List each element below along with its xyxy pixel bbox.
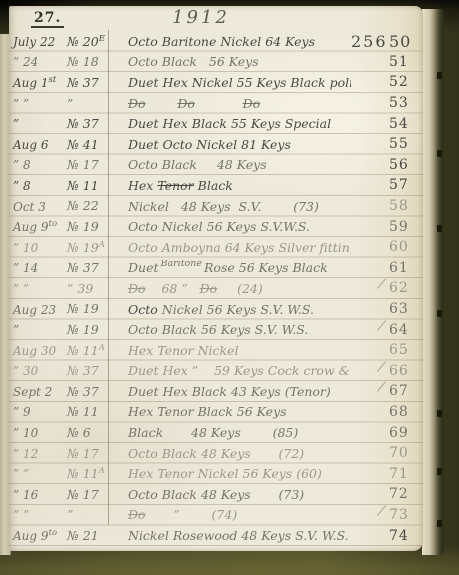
serial-number: 58 xyxy=(389,198,409,214)
ledger-row: ” 9 № 11 Hex Tenor Black 56 Keys 68 xyxy=(9,402,423,423)
model-number-cell: № 37 xyxy=(65,260,119,275)
serial-number: 71 xyxy=(389,466,409,482)
date-text: ” 30 xyxy=(13,364,38,378)
serial-cell: 61 xyxy=(389,260,423,276)
date-text: ” 14 xyxy=(13,261,38,275)
model-number-text: ” xyxy=(67,508,73,523)
ledger-row: ” ” ” Do Do Do 53 xyxy=(9,93,423,114)
model-number-text: № 37 xyxy=(67,384,99,399)
description-cell: Nickel Rosewood 48 Keys S.V. W.S. xyxy=(119,528,351,543)
description-cell: Octo Black 48 Keys (72) xyxy=(119,446,351,461)
serial-cell: 56 xyxy=(389,157,423,173)
model-number-text: № 37 xyxy=(67,363,99,378)
model-number-text: № 37 xyxy=(67,75,99,90)
model-number-cell: № 17 xyxy=(65,446,119,461)
description-cell: Octo Black 48 Keys (73) xyxy=(119,487,351,502)
date-cell: ” ” xyxy=(9,466,65,481)
model-number-cell: № 19 xyxy=(65,219,119,234)
entry-text xyxy=(195,96,243,111)
ledger-row: Aug 6 № 41 Duet Octo Nickel 81 Keys 55 xyxy=(9,134,423,155)
date-text: July 22 xyxy=(13,35,55,49)
model-number-text: № 11 xyxy=(67,343,99,358)
model-number-text: № 37 xyxy=(67,116,99,131)
description-cell: Octo Baritone Nickel 64 Keys xyxy=(119,34,351,49)
description-cell: Octo Nickel 56 Keys S.V.W.S. xyxy=(119,219,351,234)
date-text: Aug 23 xyxy=(13,303,56,317)
date-superscript: to xyxy=(49,528,58,538)
serial-cell: 60 xyxy=(389,239,423,255)
entry-text: Do xyxy=(177,96,195,111)
serial-cell: 52 xyxy=(389,74,423,90)
date-text: Oct 3 xyxy=(13,200,46,214)
model-number-text: ” 39 xyxy=(67,281,93,296)
description-cell: Do ” (74) xyxy=(119,507,351,522)
ledger-row: Aug 30 № 11A Hex Tenor Nickel 65 xyxy=(9,340,423,361)
description-cell: Hex Tenor Black xyxy=(119,178,351,193)
serial-cell: 54 xyxy=(389,116,423,132)
entry-text: Hex Tenor Black 56 Keys xyxy=(128,404,287,419)
model-number-cell: № 37 xyxy=(65,75,119,90)
model-number-cell: № 37 xyxy=(65,384,119,399)
date-cell: ” ” xyxy=(9,281,65,296)
entry-text: Octo Black 48 Keys (72) xyxy=(128,446,304,461)
model-number-cell: ” xyxy=(65,96,119,111)
serial-cell: 66 xyxy=(389,363,423,379)
model-number-superscript: A xyxy=(99,343,105,353)
serial-cell: 64 xyxy=(389,322,423,338)
entry-text: Black xyxy=(194,178,233,193)
ledger-photo-frame: 27. 1912 July 22 № 20E Octo Baritone Nic… xyxy=(0,0,459,575)
model-number-text: № 19 xyxy=(67,302,99,317)
serial-number: 68 xyxy=(389,404,409,420)
serial-number: 65 xyxy=(389,342,409,358)
serial-cell: 57 xyxy=(389,177,423,193)
check-mark xyxy=(377,382,386,393)
ledger-row: ” 10 № 19A Octo Amboyna 64 Keys Silver f… xyxy=(9,237,423,258)
date-cell: ” 10 xyxy=(9,240,65,255)
model-number-superscript: A xyxy=(99,240,105,250)
date-text: Aug 9 xyxy=(13,529,49,543)
model-number-text: № 17 xyxy=(67,446,99,461)
entry-text: Octo Black 48 Keys (73) xyxy=(128,487,304,502)
year-title: 1912 xyxy=(9,7,393,28)
serial-cell: 67 xyxy=(389,383,423,399)
date-cell: ” 24 xyxy=(9,54,65,69)
description-cell: Black 48 Keys (85) xyxy=(119,425,351,440)
model-number-text: № 21 xyxy=(67,528,99,543)
date-text: ” 16 xyxy=(13,488,38,502)
model-number-cell: № 11A xyxy=(65,343,119,358)
date-cell: ” 30 xyxy=(9,363,65,378)
ledger-row: ” 8 № 11 Hex Tenor Black 57 xyxy=(9,175,423,196)
model-number-text: № 17 xyxy=(67,157,99,172)
date-text: ” ” xyxy=(13,282,29,296)
edge-tick xyxy=(437,225,442,232)
ledger-row: ” ” ” Do ” (74) 73 xyxy=(9,505,423,526)
serial-number: 64 xyxy=(389,322,409,338)
description-cell: Octo Black 48 Keys xyxy=(119,157,351,172)
date-text: ” 8 xyxy=(13,179,31,193)
check-mark xyxy=(377,505,386,516)
model-number-cell: № 19A xyxy=(65,240,119,255)
model-number-cell: ” 39 xyxy=(65,281,119,296)
ledger-row: Aug 9to № 19 Octo Nickel 56 Keys S.V.W.S… xyxy=(9,216,423,237)
date-cell: ” 9 xyxy=(9,404,65,419)
model-number-cell: № 19 xyxy=(65,322,119,337)
model-number-superscript: A xyxy=(99,466,105,476)
date-cell: ” xyxy=(9,322,65,337)
serial-cell: 55 xyxy=(389,136,423,152)
date-text: ” ” xyxy=(13,467,29,481)
date-text: ” 10 xyxy=(13,241,38,255)
model-number-superscript: E xyxy=(99,34,105,44)
edge-tick xyxy=(437,410,442,417)
entry-text: 68 ” xyxy=(146,281,200,296)
description-cell: Hex Tenor Nickel xyxy=(119,343,351,358)
date-superscript: to xyxy=(49,219,58,229)
model-number-cell: № 37 xyxy=(65,363,119,378)
serial-cell: 70 xyxy=(389,445,423,461)
entry-text: Do xyxy=(128,281,146,296)
model-number-text: № 19 xyxy=(67,240,99,255)
date-cell: ” 10 xyxy=(9,425,65,440)
date-cell: Aug 1st xyxy=(9,75,65,90)
model-number-text: № 20 xyxy=(67,34,99,49)
serial-cell: 74 xyxy=(389,528,423,544)
description-cell: Hex Tenor Nickel 56 Keys (60) xyxy=(119,466,351,481)
description-cell: Octo Black 56 Keys xyxy=(119,54,351,69)
date-text: Aug 6 xyxy=(13,138,49,152)
ledger-row: Aug 1st № 37 Duet Hex Nickel 55 Keys Bla… xyxy=(9,72,423,93)
serial-number: 61 xyxy=(389,260,409,276)
date-cell: Oct 3 xyxy=(9,199,65,214)
description-cell: Duet Hex Nickel 55 Keys Black polished xyxy=(119,75,351,90)
model-number-text: № 18 xyxy=(67,54,99,69)
entry-text: Do xyxy=(128,507,146,522)
entry-text: Nickel 48 Keys S.V. (73) xyxy=(128,199,319,214)
serial-number: 50 xyxy=(389,32,411,51)
model-number-text: № 17 xyxy=(67,487,99,502)
serial-cell: 71 xyxy=(389,466,423,482)
ledger-row: ” ” ” 39 Do 68 ” Do (24) 62 xyxy=(9,278,423,299)
model-number-text: № 11 xyxy=(67,466,99,481)
serial-number: 73 xyxy=(389,507,409,523)
description-cell: Octo Nickel 56 Keys S.V. W.S. xyxy=(119,302,351,317)
serial-number: 57 xyxy=(389,177,409,193)
serial-cell: 50 xyxy=(389,32,423,51)
model-number-cell: № 41 xyxy=(65,137,119,152)
date-text: ” 9 xyxy=(13,405,31,419)
entry-text: Hex Tenor Nickel 56 Keys (60) xyxy=(128,466,322,481)
serial-cell: 58 xyxy=(389,198,423,214)
date-cell: Sept 2 xyxy=(9,384,65,399)
model-number-cell: № 6 xyxy=(65,425,119,440)
entry-text: Duet Hex Black 43 Keys (Tenor) xyxy=(128,384,331,399)
ledger-row: ” 12 № 17 Octo Black 48 Keys (72) 70 xyxy=(9,443,423,464)
date-text: ” ” xyxy=(13,508,29,522)
serial-cell: 69 xyxy=(389,425,423,441)
model-number-text: № 19 xyxy=(67,322,99,337)
serial-cell: 59 xyxy=(389,219,423,235)
model-number-text: № 11 xyxy=(67,178,99,193)
entry-text: Duet Hex Nickel 55 Keys Black polished xyxy=(128,75,351,90)
ledger-row: July 22 № 20E Octo Baritone Nickel 64 Ke… xyxy=(9,31,423,52)
entry-text: Octo Black 48 Keys xyxy=(128,157,267,172)
entry-text: Do xyxy=(128,96,146,111)
edge-tick xyxy=(437,468,442,475)
model-number-text: № 11 xyxy=(67,405,99,420)
model-number-cell: № 11 xyxy=(65,178,119,193)
serial-cell: 53 xyxy=(389,95,423,111)
price-cell: 256 xyxy=(351,32,389,51)
serial-cell: 73 xyxy=(389,507,423,523)
serial-number: 52 xyxy=(389,74,409,90)
description-cell: Duet Hex Black 55 Keys Special xyxy=(119,116,351,131)
serial-cell: 63 xyxy=(389,301,423,317)
edge-tick xyxy=(437,72,442,79)
serial-number: 72 xyxy=(389,486,409,502)
date-cell: ” xyxy=(9,116,65,131)
entry-text: Duet Octo Nickel 81 Keys xyxy=(128,137,291,152)
serial-number: 53 xyxy=(389,95,409,111)
date-text: Sept 2 xyxy=(13,385,52,399)
entry-text: Black 48 Keys (85) xyxy=(128,425,298,440)
description-cell: Nickel 48 Keys S.V. (73) xyxy=(119,199,351,214)
model-number-text: № 22 xyxy=(67,199,99,214)
ledger-row: ” № 19 Octo Black 56 Keys S.V. W.S. 64 xyxy=(9,319,423,340)
date-superscript: st xyxy=(49,75,57,85)
entry-text: Octo Nickel 56 Keys S.V.W.S. xyxy=(128,219,310,234)
date-text: ” 8 xyxy=(13,158,31,172)
date-text: ” xyxy=(13,323,19,337)
date-cell: ” 8 xyxy=(9,178,65,193)
date-text: Aug 9 xyxy=(13,220,49,234)
check-mark xyxy=(377,320,386,331)
serial-number: 55 xyxy=(389,136,409,152)
date-cell: ” ” xyxy=(9,96,65,111)
serial-cell: 68 xyxy=(389,404,423,420)
entry-text: Hex Tenor Nickel xyxy=(128,343,239,358)
entry-text: Baritone xyxy=(161,260,203,269)
ledger-rows: July 22 № 20E Octo Baritone Nickel 64 Ke… xyxy=(9,31,423,546)
serial-cell: 72 xyxy=(389,486,423,502)
date-text: ” ” xyxy=(13,97,29,111)
date-cell: Aug 6 xyxy=(9,137,65,152)
model-number-cell: № 20E xyxy=(65,34,119,49)
serial-number: 63 xyxy=(389,301,409,317)
model-number-text: № 6 xyxy=(67,425,91,440)
description-cell: Do Do Do xyxy=(119,96,351,111)
entry-text: Nickel Rosewood 48 Keys S.V. W.S. xyxy=(128,528,349,543)
entry-text: Tenor xyxy=(157,178,193,193)
serial-cell: 62 xyxy=(389,280,423,296)
entry-text: Duet Hex ” 59 Keys Cock crow & B Wht xyxy=(128,363,351,378)
entry-text xyxy=(146,96,178,111)
ledger-row: ” 30 № 37 Duet Hex ” 59 Keys Cock crow &… xyxy=(9,361,423,382)
entry-text: Do xyxy=(243,96,261,111)
ledger-row: Aug 23 № 19 Octo Nickel 56 Keys S.V. W.S… xyxy=(9,299,423,320)
entry-text: ” (74) xyxy=(146,507,238,522)
ledger-row: ” 8 № 17 Octo Black 48 Keys 56 xyxy=(9,155,423,176)
serial-number: 67 xyxy=(389,383,409,399)
date-cell: Aug 9to xyxy=(9,219,65,234)
date-cell: Aug 23 xyxy=(9,302,65,317)
ledger-row: Sept 2 № 37 Duet Hex Black 43 Keys (Teno… xyxy=(9,381,423,402)
serial-number: 62 xyxy=(389,280,409,296)
model-number-cell: № 11 xyxy=(65,404,119,419)
edge-tick xyxy=(437,150,442,157)
date-text: Aug 30 xyxy=(13,344,56,358)
ledger-row: Aug 9to № 21 Nickel Rosewood 48 Keys S.V… xyxy=(9,525,423,546)
description-cell: Do 68 ” Do (24) xyxy=(119,281,351,296)
date-cell: Aug 9to xyxy=(9,528,65,543)
entry-text: Octo xyxy=(128,302,162,317)
description-cell: Duet Hex ” 59 Keys Cock crow & B Wht xyxy=(119,363,351,378)
model-number-text: ” xyxy=(67,96,73,111)
model-number-cell: № 19 xyxy=(65,301,119,316)
date-text: ” xyxy=(13,117,19,131)
date-cell: ” 8 xyxy=(9,157,65,172)
date-cell: ” ” xyxy=(9,507,65,522)
serial-number: 60 xyxy=(389,239,409,255)
ledger-row: ” 14 № 37 DuetBaritoneRose 56 Keys Black… xyxy=(9,258,423,279)
date-text: ” 12 xyxy=(13,447,38,461)
description-cell: Octo Amboyna 64 Keys Silver fittings xyxy=(119,240,351,255)
model-number-text: № 19 xyxy=(67,219,99,234)
entry-text: Duet Hex Black 55 Keys Special xyxy=(128,116,331,131)
description-cell: Duet Octo Nickel 81 Keys xyxy=(119,137,351,152)
date-cell: ” 16 xyxy=(9,487,65,502)
serial-number: 59 xyxy=(389,219,409,235)
model-number-cell: № 18 xyxy=(65,54,119,69)
serial-number: 69 xyxy=(389,425,409,441)
ledger-row: ” № 37 Duet Hex Black 55 Keys Special 54 xyxy=(9,113,423,134)
ledger-row: ” 16 № 17 Octo Black 48 Keys (73) 72 xyxy=(9,484,423,505)
date-cell: ” 14 xyxy=(9,260,65,275)
description-cell: Octo Black 56 Keys S.V. W.S. xyxy=(119,322,351,337)
serial-cell: 65 xyxy=(389,342,423,358)
ledger-row: ” 24 № 18 Octo Black 56 Keys 51 xyxy=(9,52,423,73)
entry-text: Octo Amboyna 64 Keys Silver fittings xyxy=(128,240,351,255)
serial-number: 70 xyxy=(389,445,409,461)
entry-text: Rose 56 Keys Black xyxy=(204,260,328,275)
entry-text: (24) xyxy=(217,281,263,296)
model-number-cell: № 21 xyxy=(65,528,119,543)
date-text: ” 10 xyxy=(13,426,38,440)
entry-text: Duet xyxy=(128,260,159,275)
serial-number: 56 xyxy=(389,157,409,173)
model-number-cell: № 11A xyxy=(65,466,119,481)
ledger-page: 27. 1912 July 22 № 20E Octo Baritone Nic… xyxy=(9,6,423,551)
date-text: ” 24 xyxy=(13,55,38,69)
serial-number: 54 xyxy=(389,116,409,132)
ledger-row: ” 10 № 6 Black 48 Keys (85) 69 xyxy=(9,422,423,443)
serial-number: 51 xyxy=(389,54,409,70)
model-number-cell: № 22 xyxy=(65,198,119,213)
description-cell: Hex Tenor Black 56 Keys xyxy=(119,404,351,419)
ledger-row: Oct 3 № 22 Nickel 48 Keys S.V. (73) 58 xyxy=(9,196,423,217)
description-cell: Duet Hex Black 43 Keys (Tenor) xyxy=(119,384,351,399)
entry-text: Octo Black 56 Keys S.V. W.S. xyxy=(128,322,308,337)
serial-number: 66 xyxy=(389,363,409,379)
ledger-row: ” ” № 11A Hex Tenor Nickel 56 Keys (60) … xyxy=(9,463,423,484)
model-number-text: № 37 xyxy=(67,260,99,275)
serial-number: 74 xyxy=(389,528,409,544)
check-mark xyxy=(377,361,386,372)
model-number-cell: № 17 xyxy=(65,157,119,172)
date-cell: Aug 30 xyxy=(9,343,65,358)
date-cell: July 22 xyxy=(9,34,65,49)
entry-text: Octo Baritone Nickel 64 Keys xyxy=(128,34,315,49)
edge-tick xyxy=(437,520,442,527)
edge-tick xyxy=(437,310,442,317)
entry-text: Do xyxy=(200,281,218,296)
date-text: Aug 1 xyxy=(13,76,49,90)
model-number-cell: № 17 xyxy=(65,487,119,502)
model-number-text: № 41 xyxy=(67,137,99,152)
model-number-cell: ” xyxy=(65,507,119,522)
entry-text: Nickel 56 Keys S.V. W.S. xyxy=(162,302,314,317)
entry-text: Hex xyxy=(128,178,157,193)
serial-cell: 51 xyxy=(389,54,423,70)
check-mark xyxy=(377,279,386,290)
model-number-cell: № 37 xyxy=(65,116,119,131)
entry-text: Octo Black 56 Keys xyxy=(128,54,259,69)
description-cell: DuetBaritoneRose 56 Keys Black xyxy=(119,260,351,275)
date-cell: ” 12 xyxy=(9,446,65,461)
